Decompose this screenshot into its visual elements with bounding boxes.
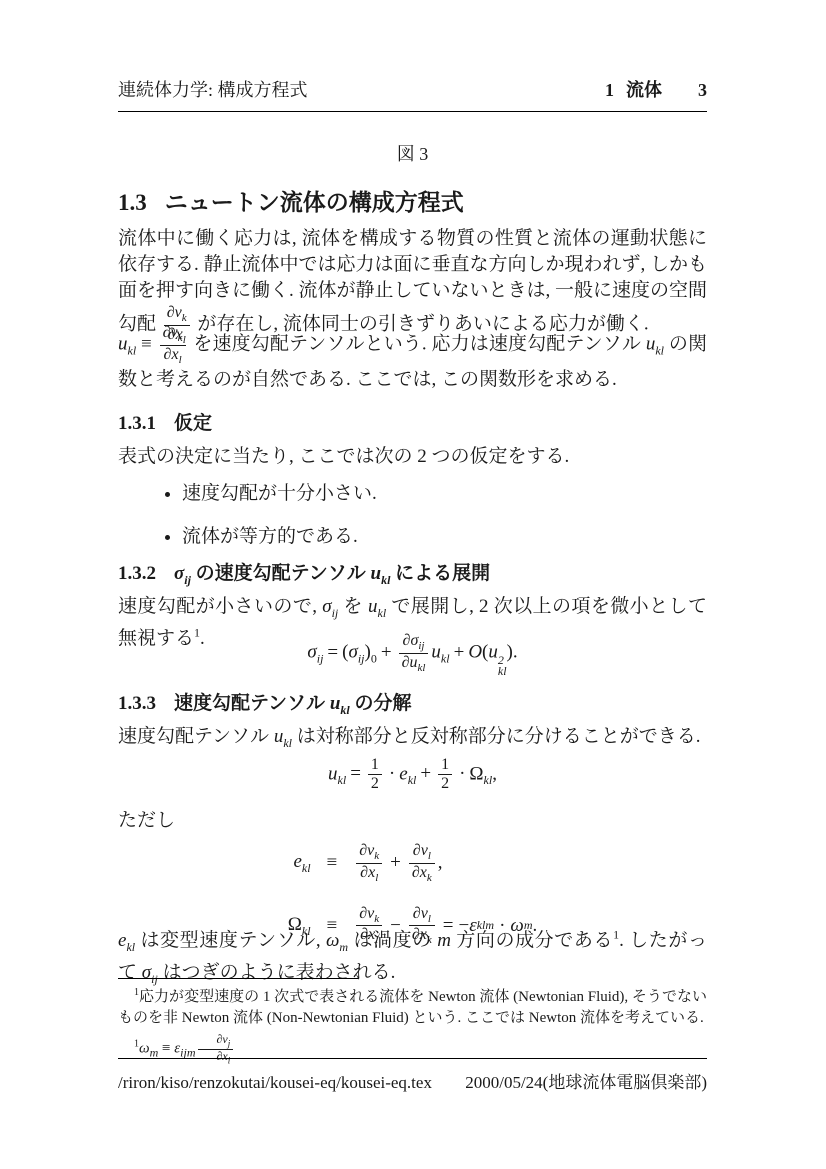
- math-subscript: ij: [184, 573, 191, 587]
- math-subscript: kl: [417, 662, 425, 674]
- math-subscript: k: [374, 913, 379, 925]
- fraction-numerator: ∂vl: [409, 842, 435, 864]
- math-subscript: kl: [441, 651, 450, 665]
- math-subscript: kl: [655, 343, 664, 357]
- math-subscript: kl: [381, 573, 390, 587]
- footnote-text: 応力が変型速度の 1 次式で表される流体を Newton 流体 (Newtoni…: [118, 989, 707, 1026]
- section-number: 1.3: [118, 190, 147, 215]
- math-subscript: k: [374, 850, 379, 862]
- math-subscript: kl: [338, 773, 347, 787]
- math-var: u: [118, 334, 128, 355]
- fraction-denominator: ∂xk: [409, 864, 435, 885]
- paragraph-decomposition: 速度勾配テンソル ukl は対称部分と反対称部分に分けることができる.: [118, 724, 707, 756]
- math-var: u: [274, 726, 284, 747]
- math-var: ∂u: [402, 654, 418, 671]
- fraction-numerator: ∂vk: [160, 324, 186, 346]
- math-subscript: m: [339, 940, 348, 954]
- math-var: m: [437, 930, 451, 951]
- fraction-numerator: ∂vk: [356, 842, 382, 864]
- fraction-denominator: 2: [368, 775, 382, 793]
- math-subscript: kl: [378, 606, 387, 620]
- text-run: を: [338, 596, 368, 617]
- math-subscript: j: [228, 1038, 231, 1048]
- math-operator: +: [416, 763, 435, 784]
- figure-caption: 図 3: [118, 140, 707, 166]
- section-number: 1.3.3: [118, 693, 156, 714]
- header-doc-title: 連続体力学: 構成方程式: [118, 76, 308, 102]
- fraction-dsigma-dukl: ∂σij∂ukl: [399, 632, 429, 675]
- math-var: u: [370, 563, 381, 584]
- math-var: ∂v: [413, 905, 428, 922]
- math-var: σ: [322, 596, 331, 617]
- math-operator: +: [377, 642, 396, 663]
- math-var: ∂v: [359, 842, 374, 859]
- math-relation: ≡: [162, 1041, 170, 1057]
- math-var: σ: [307, 642, 316, 663]
- math-subscript: k: [427, 872, 432, 884]
- math-subscript: kl: [126, 940, 135, 954]
- math-var: u: [646, 334, 656, 355]
- math-var: u: [431, 642, 441, 663]
- math-subscript: kl: [340, 703, 349, 717]
- math-var: σ: [348, 642, 357, 663]
- section-title: ニュートン流体の構成方程式: [165, 190, 464, 215]
- math-var: u: [488, 642, 498, 663]
- paragraph-assumptions-intro: 表式の決定に当たり, ここでは次の 2 つの仮定をする.: [118, 444, 707, 470]
- section-title: の分解: [350, 693, 412, 714]
- subsection-heading-1-3-2: 1.3.2σij の速度勾配テンソル ukl による展開: [118, 558, 707, 588]
- list-item: 速度勾配が十分小さい.: [182, 478, 771, 505]
- math-subscript: ij: [418, 640, 424, 652]
- eq-lhs: ekl: [293, 851, 310, 876]
- fraction-dvl-dxk: ∂vl∂xk: [409, 842, 435, 885]
- math-var: ∂x: [360, 864, 375, 881]
- fraction-one-half: 12: [438, 756, 452, 794]
- footer-date-credit: 2000/05/24(地球流体電脳倶楽部): [465, 1068, 707, 1093]
- math-var: u: [330, 693, 341, 714]
- fraction-dvk-dxl: ∂vk∂xl: [356, 842, 382, 885]
- fraction-denominator: ∂ukl: [399, 654, 429, 675]
- math-var: ω: [139, 1041, 150, 1057]
- section-number: 1.3.2: [118, 563, 156, 584]
- footnote-newtonian: 1応力が変型速度の 1 次式で表される流体を Newton 流体 (Newton…: [118, 987, 707, 1029]
- page-footer: /riron/kiso/renzokutai/kousei-eq/kousei-…: [118, 1058, 707, 1093]
- math-subscript: l: [428, 850, 431, 862]
- section-number: 1.3.1: [118, 413, 156, 434]
- header-section-title: 流体: [626, 76, 662, 102]
- text-run: 方向の成分である: [451, 930, 613, 951]
- math-var: O: [468, 642, 482, 663]
- footnote-area: 1応力が変型速度の 1 次式で表される流体を Newton 流体 (Newton…: [118, 978, 707, 1065]
- text-run: は渦度の: [348, 930, 437, 951]
- fraction-numerator: ∂vk: [164, 304, 190, 326]
- section-title: の速度勾配テンソル: [191, 563, 371, 584]
- math-subscript: kl: [128, 343, 137, 357]
- fraction-numerator: ∂vj: [198, 1033, 234, 1050]
- subsection-heading-1-3-3: 1.3.3速度勾配テンソル ukl の分解: [118, 688, 707, 718]
- math-subscript: l: [375, 872, 378, 884]
- fraction-numerator: ∂σij: [399, 632, 429, 654]
- list-item: 流体が等方的である.: [182, 521, 771, 548]
- fraction-numerator: 1: [368, 756, 382, 775]
- eq-relation: ≡: [327, 852, 338, 874]
- math-subscript: l: [428, 913, 431, 925]
- header-right: 1 流体 3: [605, 76, 707, 102]
- fraction-numerator: ∂vl: [409, 905, 435, 927]
- subsection-heading-1-3-1: 1.3.1仮定: [118, 408, 707, 435]
- fraction-numerator: 1: [438, 756, 452, 775]
- assumption-list: 速度勾配が十分小さい. 流体が等方的である.: [118, 478, 771, 564]
- footnote-rule: [118, 978, 358, 979]
- math-subscript: ij: [358, 651, 365, 665]
- math-var: ∂σ: [403, 632, 419, 649]
- header-page-number: 3: [698, 80, 707, 101]
- math-var: ∂v: [163, 324, 178, 341]
- sup-sub-stack: 2kl: [498, 655, 507, 678]
- math-var: ∂v: [413, 842, 428, 859]
- math-var: ω: [326, 930, 339, 951]
- eq-rhs: ∂vk∂xl+∂vl∂xk,: [353, 842, 442, 885]
- math-relation: =: [346, 763, 365, 784]
- math-var: u: [328, 763, 338, 784]
- math-operator: +: [450, 642, 469, 663]
- math-var: ∂v: [167, 304, 182, 321]
- math-subscript: kl: [484, 773, 493, 787]
- footer-file-path: /riron/kiso/renzokutai/kousei-eq/kousei-…: [118, 1073, 432, 1093]
- math-relation: ≡: [141, 334, 152, 355]
- section-title: 仮定: [174, 413, 212, 434]
- math-operator: +: [385, 852, 406, 874]
- fraction-denominator: ∂xl: [160, 346, 186, 367]
- math-var: Ω: [469, 763, 483, 784]
- math-var: ∂v: [217, 1032, 228, 1046]
- equation-ukl-decomposition: ukl=12·ekl+12·Ωkl,: [118, 756, 707, 794]
- section-heading-1-3: 1.3ニュートン流体の構成方程式: [118, 184, 707, 217]
- math-subscript: 0: [371, 651, 377, 665]
- math-var: ∂v: [359, 905, 374, 922]
- math-relation: =: [323, 642, 342, 663]
- math-var: σ: [174, 563, 184, 584]
- math-var: u: [368, 596, 378, 617]
- math-operator: ·: [385, 763, 399, 784]
- math-paren: ).: [507, 642, 518, 663]
- section-title: 速度勾配テンソル: [174, 693, 330, 714]
- text-run: は変型速度テンソル,: [135, 930, 326, 951]
- fraction-one-half: 12: [368, 756, 382, 794]
- fraction-denominator: ∂xl: [356, 864, 382, 885]
- fraction-dvk-dxl: ∂vk∂xl: [160, 324, 186, 367]
- math-subscript: k: [182, 312, 187, 324]
- text-run: を速度勾配テンソルという. 応力は速度勾配テンソル: [189, 334, 646, 355]
- header-section-number: 1: [605, 80, 614, 101]
- paragraph-velocity-gradient-def: ukl ≡ ∂vk∂xl を速度勾配テンソルという. 応力は速度勾配テンソル u…: [118, 324, 707, 393]
- paragraph-tadashi: ただし: [118, 808, 707, 834]
- equation-sigma-expansion: σij=(σij)0+∂σij∂uklukl+O(u2kl).: [118, 632, 707, 677]
- math-subscript: kl: [302, 861, 311, 875]
- math-var: ∂x: [164, 346, 179, 363]
- math-subscript: k: [178, 332, 183, 344]
- page-header: 連続体力学: 構成方程式 1 流体 3: [118, 76, 707, 112]
- math-punct: ,: [492, 763, 497, 784]
- math-var: e: [399, 763, 407, 784]
- math-var: ∂x: [412, 864, 427, 881]
- math-subscript: kl: [498, 666, 507, 677]
- text-run: 速度勾配が小さいので,: [118, 596, 322, 617]
- text-run: 速度勾配テンソル: [118, 726, 274, 747]
- math-subscript: kl: [283, 736, 292, 750]
- fraction-denominator: 2: [438, 775, 452, 793]
- text-run: は対称部分と反対称部分に分けることができる.: [292, 726, 701, 747]
- math-operator: ·: [455, 763, 469, 784]
- fraction-numerator: ∂vk: [356, 905, 382, 927]
- math-subscript: l: [179, 354, 182, 366]
- math-punct: ,: [438, 852, 443, 874]
- math-var: e: [293, 851, 301, 872]
- section-title: による展開: [390, 563, 490, 584]
